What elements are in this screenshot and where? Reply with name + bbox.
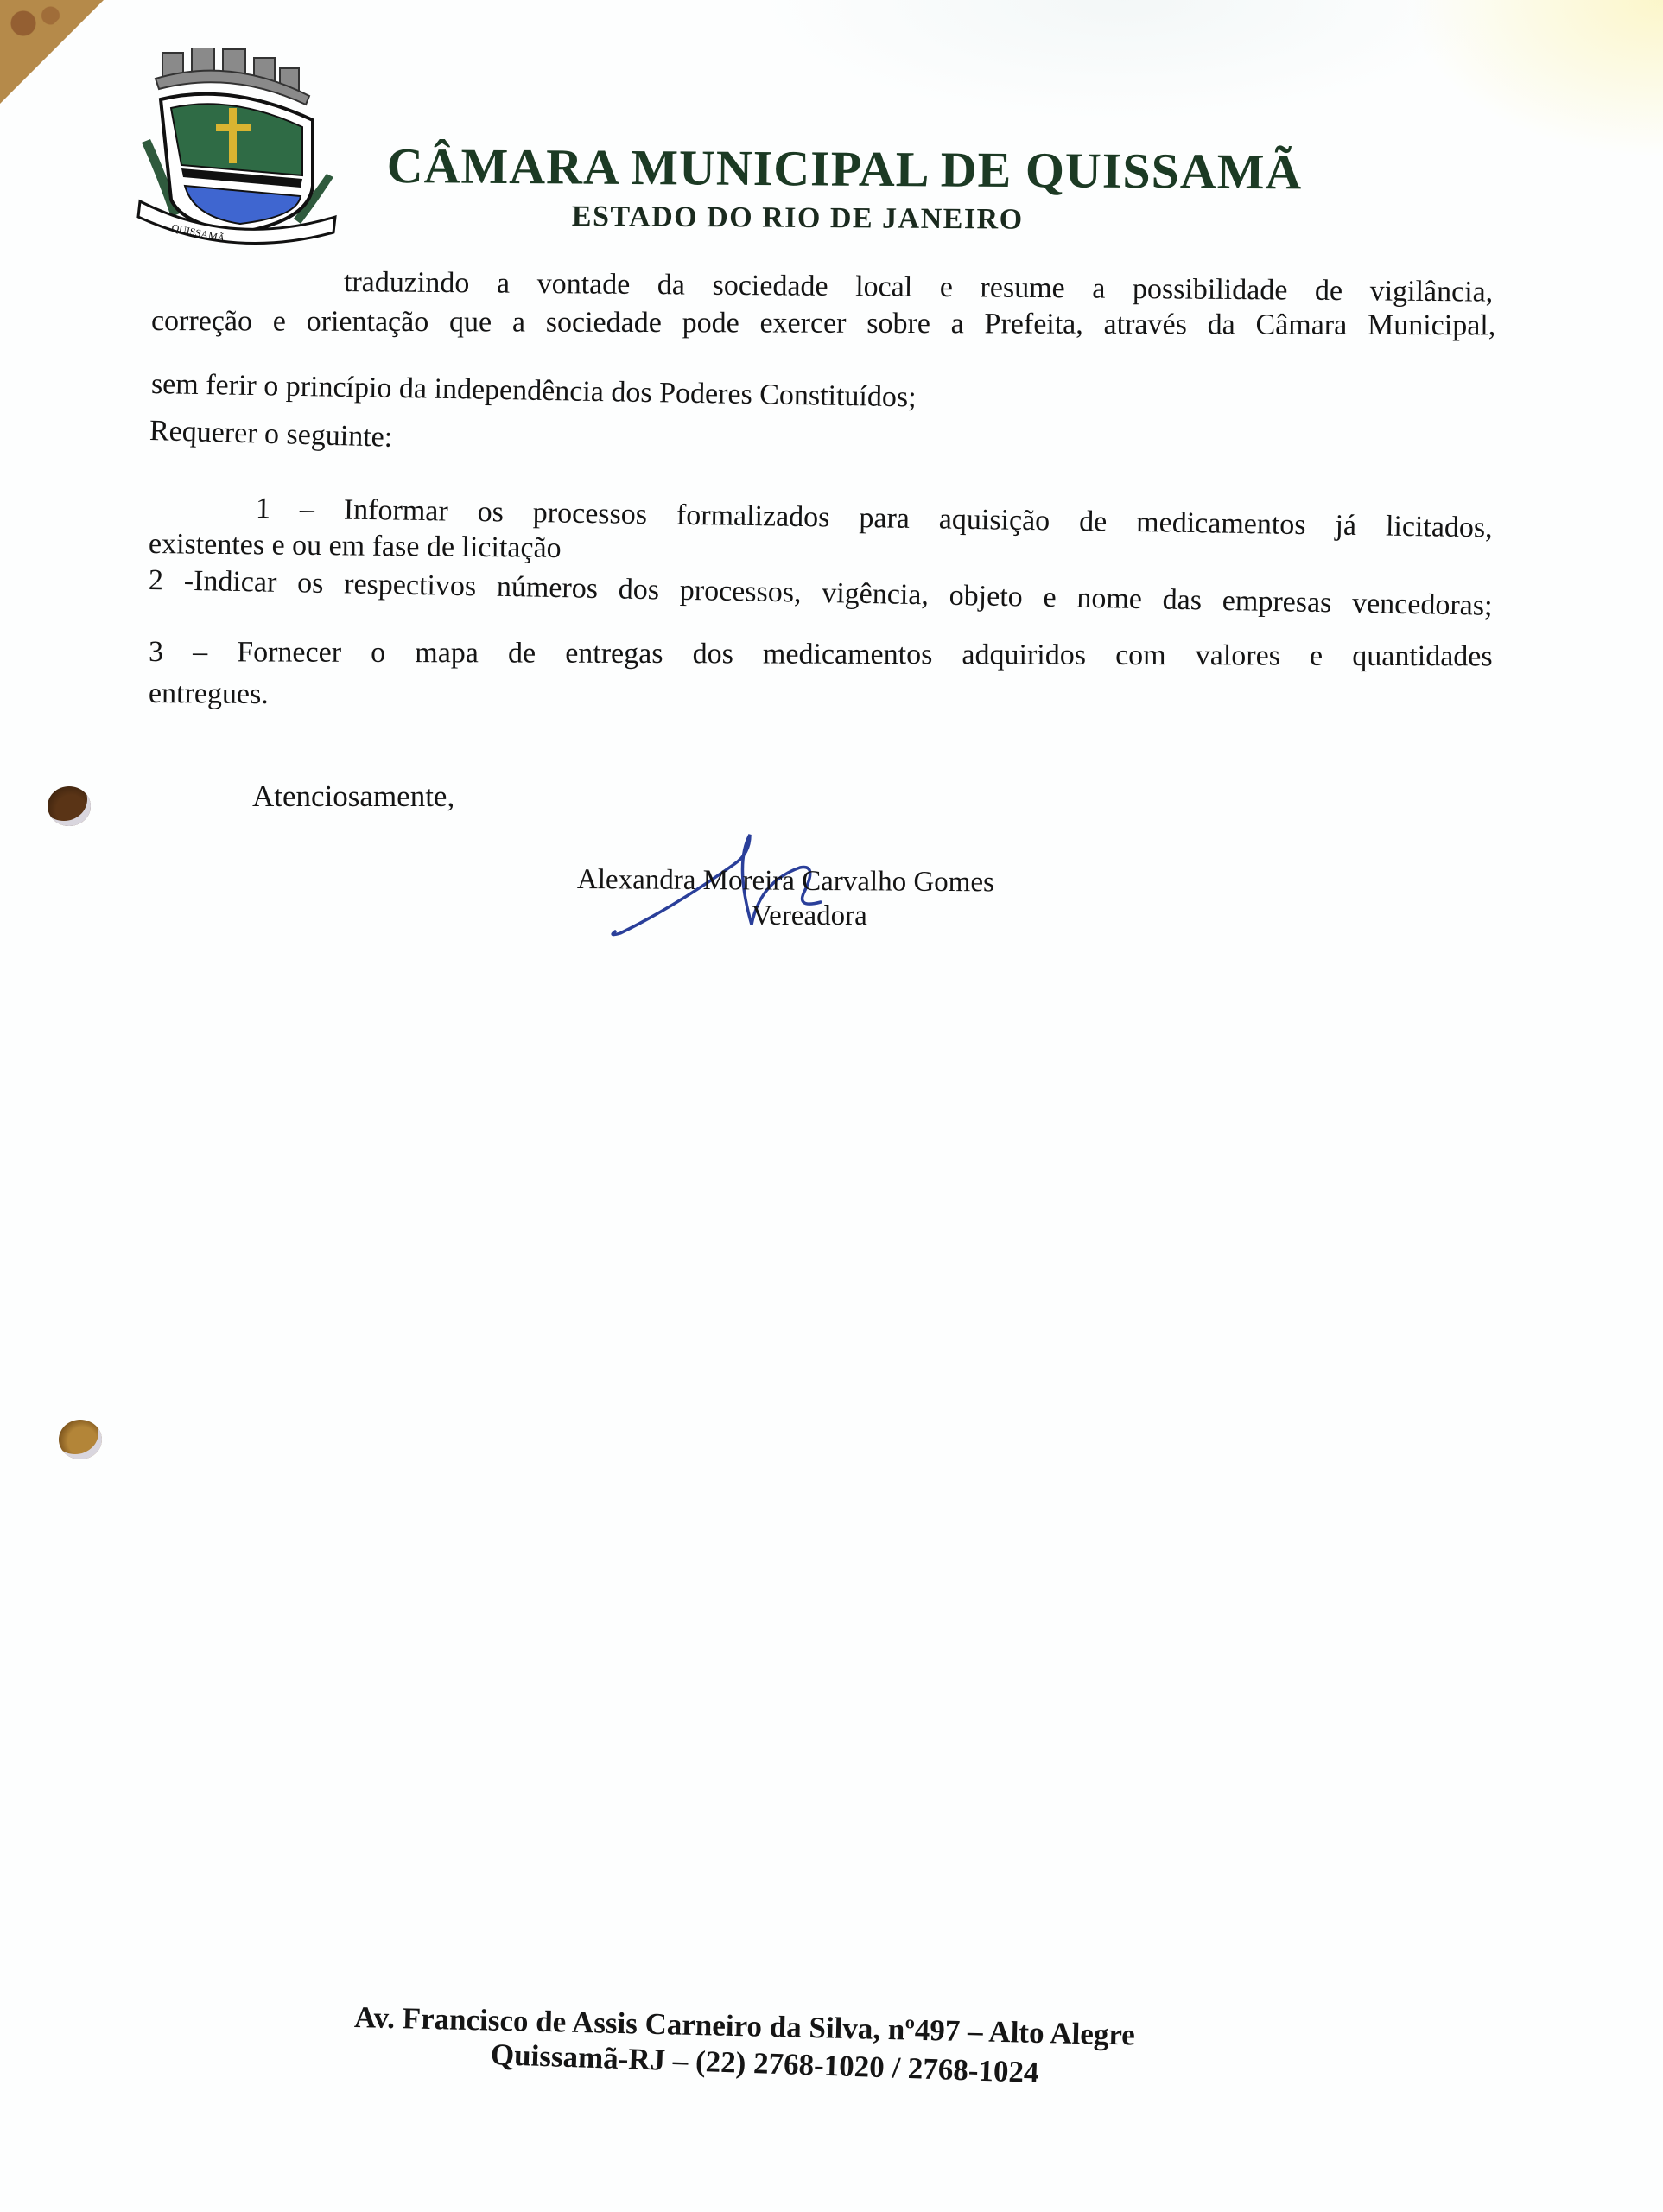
paragraph-line: sem ferir o princípio da independência d…: [151, 370, 917, 412]
list-item-1-line-2: existentes e ou em fase de licitação: [149, 530, 562, 563]
footer-address: Av. Francisco de Assis Carneiro da Silva…: [354, 2000, 1136, 2053]
punch-hole-upper: [48, 786, 91, 826]
paragraph-1-line-1: traduzindo a vontade da sociedade local …: [344, 268, 1494, 308]
paragraph-line: correção e orientação que a sociedade po…: [151, 307, 1495, 340]
list-item-3-line-1: 3 – Fornecer o mapa de entregas dos medi…: [149, 638, 1493, 671]
page-subtitle: ESTADO DO RIO DE JANEIRO: [572, 200, 1024, 237]
letterhead: QUISSAMÃ CÂMARA MUNICIPAL DE QUISSAMÃ ES…: [0, 0, 1663, 259]
list-item-3-line-2: entregues.: [149, 679, 269, 709]
paragraph-line: traduzindo a vontade da sociedade local …: [344, 268, 1494, 308]
signer-role: Vereadora: [752, 902, 867, 931]
paragraph-1-line-3: sem ferir o princípio da independência d…: [151, 368, 917, 413]
paragraph-1-line-2: correção e orientação que a sociedade po…: [151, 305, 1495, 341]
punch-hole-lower: [59, 1420, 102, 1459]
page-title: CÂMARA MUNICIPAL DE QUISSAMÃ: [387, 137, 1303, 200]
request-intro: Requerer o seguinte:: [149, 416, 393, 453]
coat-of-arms-icon: QUISSAMÃ: [136, 48, 340, 246]
signer-name: Alexandra Moreira Carvalho Gomes: [577, 866, 994, 897]
closing-salutation: Atenciosamente,: [252, 781, 454, 811]
list-item-2: 2 -Indicar os respectivos números dos pr…: [149, 566, 1493, 621]
